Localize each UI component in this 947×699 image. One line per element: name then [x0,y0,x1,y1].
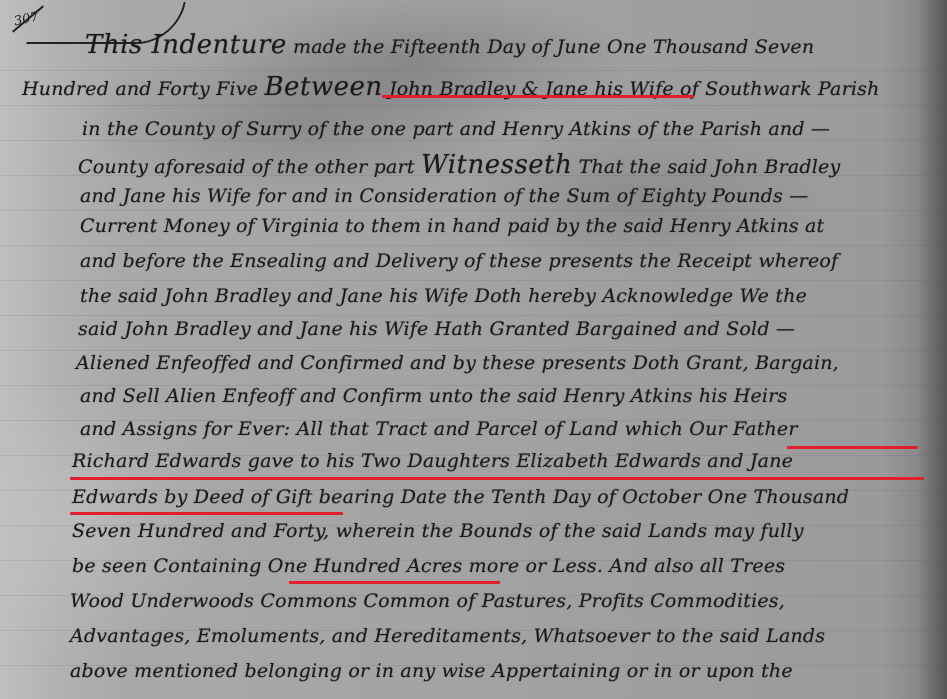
ruled-line [0,210,947,211]
deed-line-15: Seven Hundred and Forty, wherein the Bou… [72,520,804,542]
ruled-line [0,105,947,106]
annotation-underline-deed-of-gift [70,512,343,515]
ruled-line [0,245,947,246]
deed-line-5: and Jane his Wife for and in Considerati… [80,185,808,207]
deed-line-13: Richard Edwards gave to his Two Daughter… [72,450,793,472]
annotation-underline-richard-edwards [70,477,924,480]
deed-line-18: Advantages, Emoluments, and Hereditament… [70,625,825,647]
opening-words: This Indenture [85,30,287,60]
annotation-underline-john-bradley-jane [382,95,694,98]
deed-line-14: Edwards by Deed of Gift bearing Date the… [72,486,849,508]
annotation-underline-our-father [787,446,918,449]
deed-line-7: and before the Ensealing and Delivery of… [80,250,838,272]
deed-line-4: County aforesaid of the other part Witne… [78,150,840,180]
deed-line-16: be seen Containing One Hundred Acres mor… [72,555,785,577]
ruled-line [0,70,947,71]
deed-line-19: above mentioned belonging or in any wise… [70,660,793,682]
deed-line-6: Current Money of Virginia to them in han… [80,215,824,237]
ruled-line [0,140,947,141]
ruled-line [0,315,947,316]
deed-line-11: and Sell Alien Enfeoff and Confirm unto … [80,385,787,407]
deed-line-8: the said John Bradley and Jane his Wife … [80,285,807,307]
deed-line-17: Wood Underwoods Commons Common of Pastur… [70,590,785,612]
deed-line-1: This Indenture made the Fifteenth Day of… [85,30,814,60]
ruled-line [0,350,947,351]
ruled-line [0,280,947,281]
deed-line-9: said John Bradley and Jane his Wife Hath… [78,318,795,340]
annotation-underline-one-hundred-acres [289,581,500,584]
deed-line-3: in the County of Surry of the one part a… [82,118,830,140]
scanned-deed-page: 307 This Indenture made the Fifteenth Da… [0,0,947,699]
deed-line-10: Aliened Enfeoffed and Confirmed and by t… [76,352,839,374]
deed-line-12: and Assigns for Ever: All that Tract and… [80,418,798,440]
